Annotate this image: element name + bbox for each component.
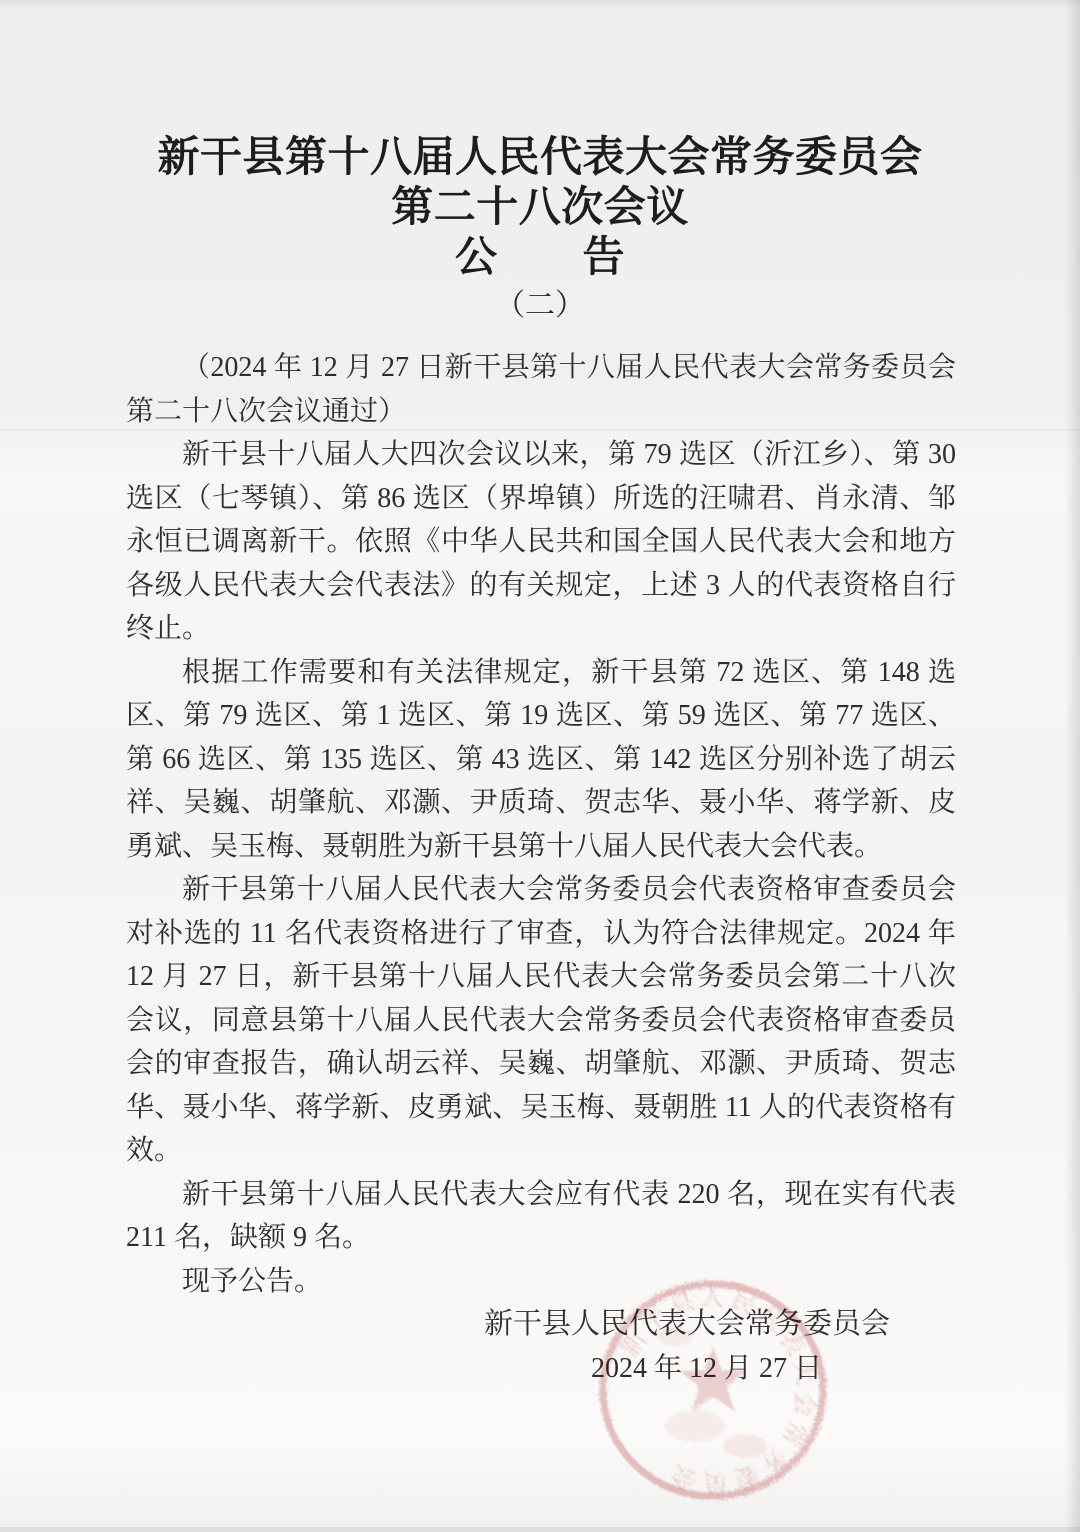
approval-note: （2024 年 12 月 27 日新干县第十八届人民代表大会常务委员会第二十八次… — [126, 346, 956, 433]
document-title-line1: 新干县第十八届人民代表大会常务委员会 — [0, 133, 1080, 183]
body-paragraph: 新干县第十八届人民代表大会应有代表 220 名，现在实有代表 211 名，缺额 … — [126, 1173, 956, 1260]
document-header: 新干县第十八届人民代表大会常务委员会 第二十八次会议 公 告 （二） — [0, 0, 1080, 329]
announcement-document: 新干县第十八届人民代表大会常务委员会 第二十八次会议 公 告 （二） （2024… — [0, 0, 1080, 1532]
body-paragraph: 新干县十八届人大四次会议以来，第 79 选区（沂江乡）、第 30 选区（七琴镇）… — [126, 433, 956, 651]
issue-date: 2024 年 12 月 27 日 — [126, 1347, 956, 1391]
announcement-heading: 公 告 — [0, 233, 1080, 283]
closing-line: 现予公告。 — [126, 1260, 956, 1304]
body-paragraph: 新干县第十八届人民代表大会常务委员会代表资格审查委员会对补选的 11 名代表资格… — [126, 868, 956, 1173]
body-paragraph: 根据工作需要和有关法律规定，新干县第 72 选区、第 148 选区、第 79 选… — [126, 651, 956, 869]
document-title-line2: 第二十八次会议 — [0, 183, 1080, 233]
issuing-organization: 新干县人民代表大会常务委员会 — [126, 1303, 956, 1347]
document-body: （2024 年 12 月 27 日新干县第十八届人民代表大会常务委员会第二十八次… — [126, 346, 956, 1390]
announcement-number: （二） — [0, 283, 1080, 329]
